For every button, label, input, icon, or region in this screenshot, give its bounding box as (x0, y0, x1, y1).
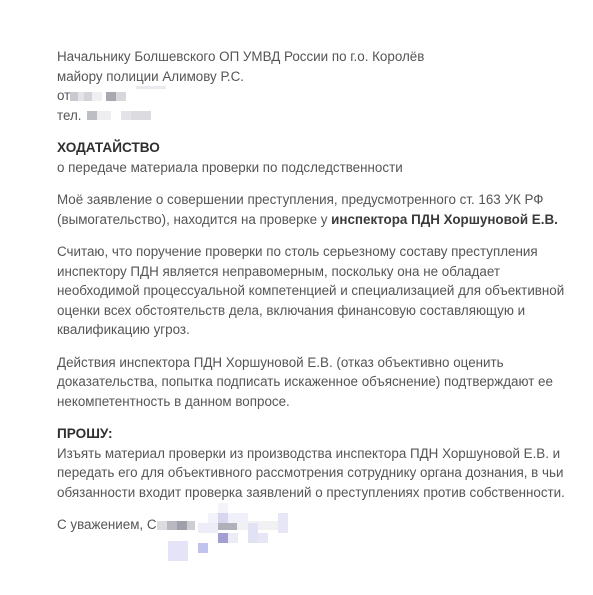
document: Начальнику Болшевского ОП УМВД России по… (57, 47, 587, 535)
redacted-phone (85, 108, 151, 123)
closing-line: С уважением, С (57, 515, 587, 535)
phone-line: тел. (57, 106, 587, 126)
document-subtitle: о передаче материала проверки по подслед… (57, 158, 587, 178)
document-title: ХОДАТАЙСТВО (57, 138, 587, 158)
redacted-name (70, 88, 166, 103)
closing-text: С уважением, С (57, 517, 157, 532)
paragraph-request: Изъять материал проверки из производства… (57, 444, 587, 503)
from-line: от (57, 86, 587, 106)
paragraph-argument: Считаю, что поручение проверки по столь … (57, 242, 587, 340)
request-heading: ПРОШУ: (57, 424, 587, 444)
from-label: от (57, 88, 70, 103)
phone-label: тел. (57, 108, 82, 123)
inspector-name-bold: инспектора ПДН Хоршуновой Е.В. (331, 212, 558, 227)
paragraph-actions: Действия инспектора ПДН Хоршуновой Е.В. … (57, 353, 587, 412)
paragraph-statement: Моё заявление о совершении преступления,… (57, 190, 587, 229)
addressee-line-2: майору полиции Алимову Р.С. (57, 67, 587, 87)
addressee-line-1: Начальнику Болшевского ОП УМВД России по… (57, 47, 587, 67)
